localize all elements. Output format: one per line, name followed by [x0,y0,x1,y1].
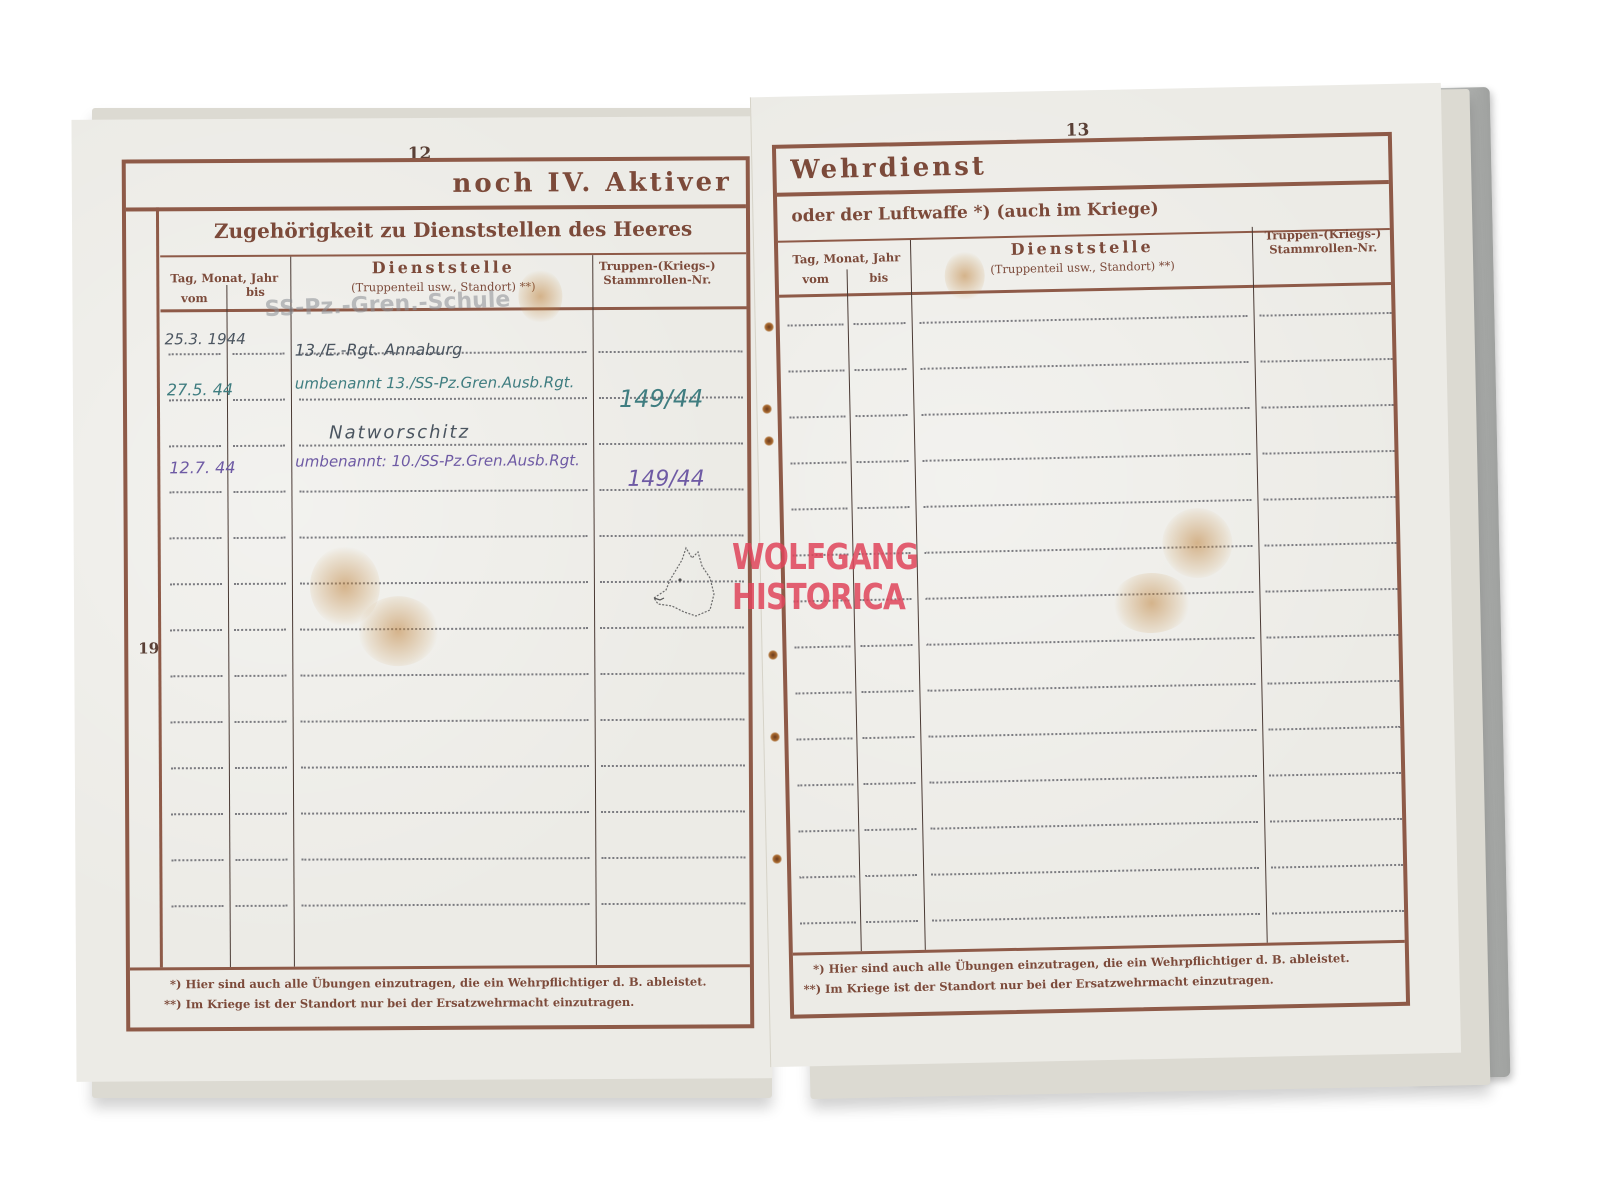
row-rule [301,857,589,861]
row-rule [169,491,221,493]
row-rule [1267,680,1399,685]
row-rule [171,813,223,815]
row-rule [797,783,853,786]
row-rule [234,629,286,631]
margin-rule [156,207,163,967]
row-rule [798,829,854,832]
row-rule [922,407,1250,416]
row-rule [1265,588,1397,593]
margin-number: 19 [138,639,159,657]
row-rule [169,399,221,401]
row-rule [169,353,221,355]
footnote-2: **) Im Kriege ist der Standort nur bei d… [130,992,750,1014]
col-divider [290,257,295,967]
row-rule [599,350,743,353]
entry-3-unit: Natworschitz [329,422,470,444]
row-rule [169,445,221,447]
row-rule [930,821,1258,830]
row-rule [861,690,913,693]
row-rule [860,644,912,647]
watermark-line-2: HISTORICA [732,578,918,618]
col-divider [1252,227,1268,943]
entry-1-unit: 13./E.-Rgt. Annaburg [295,340,463,360]
row-rule [171,721,223,723]
footnote-1: *) Hier sind auch alle Übungen einzutrag… [130,972,750,994]
row-rule [600,626,744,629]
row-rule [863,782,915,785]
col-from: vom [785,271,847,287]
wolf-head-icon [644,540,724,620]
row-rule [600,534,744,537]
row-rule [171,859,223,861]
footer-rule [130,964,750,970]
entry-4-unit: umbenannt: 10./SS-Pz.Gren.Ausb.Rgt. [295,451,615,472]
row-rule [601,810,745,813]
staple-rust [764,322,774,332]
row-rule [236,905,288,907]
row-rule [924,499,1252,508]
row-rule [235,859,287,861]
entry-1-from: 25.3. 1944 [165,331,246,348]
row-rule [300,673,588,677]
row-rule [866,920,918,923]
row-rule [862,736,914,739]
row-rule [920,315,1248,324]
row-rule [854,322,906,325]
row-rule [601,718,745,721]
col-from: vom [164,291,224,306]
entry-2-from: 27.5. 44 [167,381,217,398]
row-rule [300,535,588,539]
row-rule [791,461,847,464]
row-rule [799,875,855,878]
foxing-stain [358,596,438,666]
row-rule [600,672,744,675]
row-rule [299,397,587,401]
row-rule [1271,864,1403,869]
row-rule [926,637,1254,646]
row-rule [234,583,286,585]
row-rule [599,442,743,445]
row-rule [929,775,1257,784]
row-rule [601,764,745,767]
row-rule [790,415,846,418]
row-rule [855,368,907,371]
row-rule [235,813,287,815]
row-rule [234,537,286,539]
entry-2-roll: 149/44 [619,385,704,413]
staple-rust [762,404,772,414]
col-roll: Truppen-(Kriegs-) Stammrollen-Nr. [594,258,720,287]
row-rule [235,721,287,723]
row-rule [931,867,1259,876]
row-rule [1268,726,1400,731]
row-rule [1266,634,1398,639]
row-rule [1263,496,1395,501]
row-rule [233,491,285,493]
row-rule [301,719,589,723]
row-rule [794,645,850,648]
col-date-group: Tag, Monat, Jahr [164,271,284,286]
watermark-line-1: WOLFGANG [732,538,918,578]
row-rule [170,537,222,539]
row-rule [923,453,1251,462]
row-rule [789,369,845,372]
row-rule [301,765,589,769]
row-rule [170,629,222,631]
row-rule [796,737,852,740]
row-rule [932,913,1260,922]
row-rule [172,905,224,907]
page-subtitle: Zugehörigkeit zu Dienststellen des Heere… [160,204,746,257]
row-rule [170,675,222,677]
foxing-stain [518,269,562,323]
row-rule [864,828,916,831]
row-rule [1260,312,1392,317]
staple-rust [772,854,782,864]
row-rule [1270,818,1402,823]
entry-4-roll: 149/44 [627,467,705,492]
row-rule [299,489,587,493]
row-rule [299,443,587,447]
entry-2-unit: umbenannt 13./SS-Pz.Gren.Ausb.Rgt. [295,373,585,394]
row-rule [925,591,1253,600]
row-rule [233,399,285,401]
row-rule [170,583,222,585]
row-rule [601,856,745,859]
row-rule [602,902,746,905]
row-rule [302,903,590,907]
row-rule [800,921,856,924]
col-date-group: Tag, Monat, Jahr [784,250,908,267]
row-rule [1261,358,1393,363]
row-rule [865,874,917,877]
entry-4-from: 12.7. 44 [169,459,213,476]
row-rule [301,811,589,815]
row-rule [1264,542,1396,547]
row-rule [795,691,851,694]
row-rule [858,506,910,509]
row-rule [233,445,285,447]
staple-rust [770,732,780,742]
row-rule [300,627,588,631]
watermark-text: WOLFGANG HISTORICA [732,538,918,618]
row-rule [1262,404,1394,409]
row-rule [233,353,285,355]
row-rule [235,767,287,769]
staple-rust [768,650,778,660]
row-rule [788,323,844,326]
row-rule [792,507,848,510]
staple-rust [764,436,774,446]
col-roll: Truppen-(Kriegs-) Stammrollen-Nr. [1256,226,1391,258]
row-rule [1262,450,1394,455]
row-rule [928,729,1256,738]
row-rule [1269,772,1401,777]
row-rule [927,683,1255,692]
col-divider [592,255,597,965]
row-rule [234,675,286,677]
row-rule [857,460,909,463]
col-to: bis [849,270,909,286]
row-rule [856,414,908,417]
row-rule [171,767,223,769]
row-rule [921,361,1249,370]
row-rule [1272,910,1404,915]
